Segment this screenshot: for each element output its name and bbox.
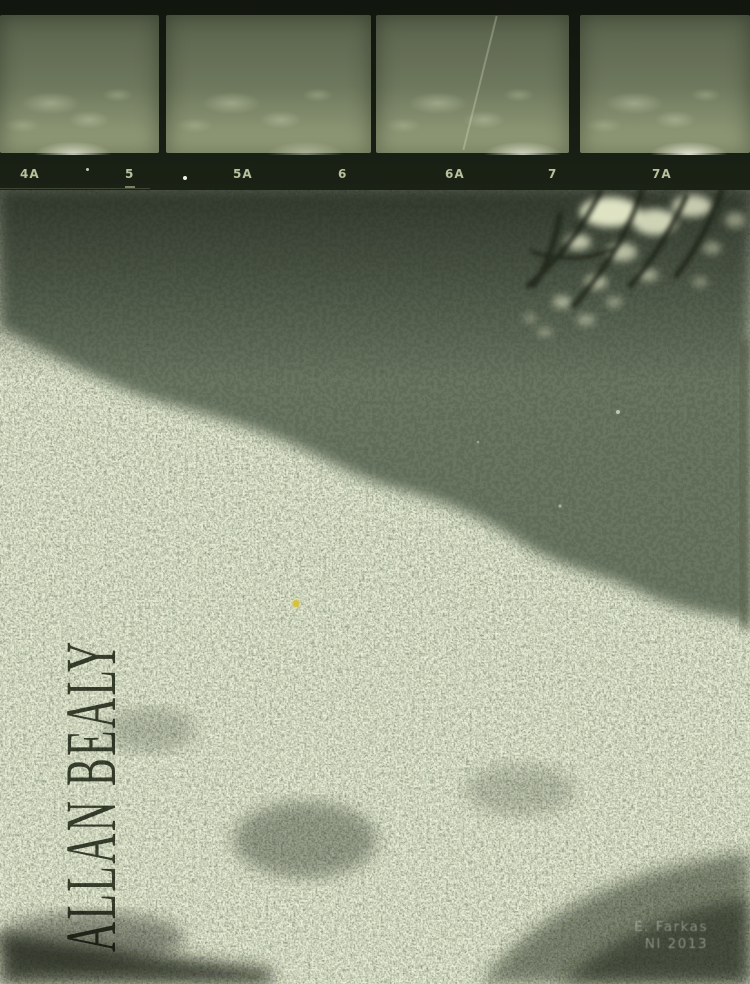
frame-number-label: 4A bbox=[20, 167, 40, 181]
frame-number-label: 7A bbox=[652, 167, 672, 181]
film-frame-6a bbox=[376, 15, 569, 153]
frame-number-label: 5 bbox=[125, 167, 134, 181]
film-edge-line bbox=[0, 188, 150, 189]
shadow-edge-light bbox=[740, 340, 750, 630]
frame-number-label: 7 bbox=[548, 167, 557, 181]
dust-speck bbox=[183, 176, 187, 180]
watermark-line2: NI 2013 bbox=[634, 936, 708, 953]
film-frame-4a bbox=[0, 15, 159, 153]
contact-sheet-strip: 4A 5 5A 6 6A 7 7A bbox=[0, 0, 750, 190]
artwork-page: 4A 5 5A 6 6A 7 7A ALLAN BEALY E. Farkas … bbox=[0, 0, 750, 984]
film-frame-7a bbox=[580, 15, 750, 153]
frame-number-label: 6A bbox=[445, 167, 465, 181]
flower-speck bbox=[293, 600, 299, 607]
frame-number-label: 6 bbox=[338, 167, 347, 181]
watermark-line1: E. Farkas bbox=[634, 919, 708, 936]
watermark: E. Farkas NI 2013 bbox=[634, 919, 708, 952]
frame-number-label: 5A bbox=[233, 167, 253, 181]
artist-name-vertical: ALLAN BEALY bbox=[50, 640, 133, 952]
dust-speck bbox=[86, 168, 89, 171]
film-frame-5a bbox=[166, 15, 371, 153]
